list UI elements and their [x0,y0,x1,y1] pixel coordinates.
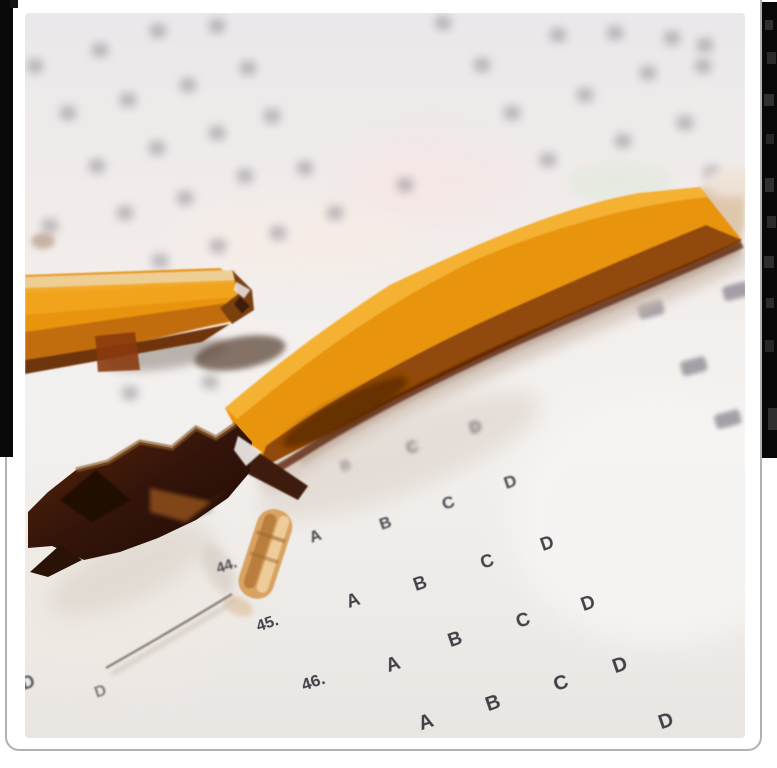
blurred-letter-blob [677,116,693,130]
bar-noise-speck [768,408,777,430]
blurred-letter-blob [122,386,138,400]
blurred-letter-blob [89,159,105,173]
right-black-bar [762,2,777,458]
blurred-letter-blob [152,254,168,268]
blurred-letter-blob [92,43,108,57]
blurred-letter-blob [210,239,226,253]
blurred-letter-blob [42,219,58,233]
blurred-letter-blob [540,153,556,167]
blurred-letter-blob [180,78,196,92]
bar-noise-speck [766,134,774,144]
blurred-letter-blob [474,58,490,72]
bar-noise-speck [765,178,774,192]
blurred-letter-blob [297,161,313,175]
blurred-letter-blob [615,134,631,148]
photo-canvas: 43.BCD44.ABCD45.ABCD46.ABCDABCDDDD [25,13,745,738]
blurred-letter-blob [697,38,713,52]
bar-noise-speck [764,256,774,268]
blurred-letter-blob [504,106,520,120]
blurred-letter-blob [117,206,133,220]
blurred-letter-blob [209,126,225,140]
blurred-letter-blob [209,19,225,33]
photo-frame: 43.BCD44.ABCD45.ABCD46.ABCDABCDDDD [5,0,762,751]
bar-noise-speck [765,340,774,352]
blurred-letter-blob [695,59,711,73]
bar-noise-speck [766,298,774,308]
bar-noise-speck [765,20,773,30]
blurred-letter-blob [550,28,566,42]
blurred-letter-blob [640,66,656,80]
blurred-letter-blob [327,206,343,220]
blurred-letter-blob [607,26,623,40]
blurred-letter-blob [264,109,280,123]
blurred-letter-blob [149,141,165,155]
bar-noise-speck [767,52,776,64]
blurred-letter-blob [202,375,218,389]
blurred-letter-blob [397,178,413,192]
blurred-letter-blob [240,61,256,75]
bar-noise-speck [767,216,776,228]
blurred-letter-blob [27,59,43,73]
blurred-letter-blob [120,93,136,107]
blurred-letter-blob [150,24,166,38]
broken-pencil-photo: 43.BCD44.ABCD45.ABCD46.ABCDABCDDDD [25,13,745,738]
blurred-letter-blob [177,191,193,205]
bar-noise-speck [764,94,774,106]
blurred-letter-blob [664,31,680,45]
left-black-bar [0,0,13,457]
blurred-letter-blob [270,226,286,240]
blurred-letter-blob [435,16,451,30]
blurred-letter-blob [237,169,253,183]
wood-chip-blob [31,233,55,249]
blurred-letter-blob [60,106,76,120]
top-left-speck [10,0,18,8]
blurred-letter-blob [577,88,593,102]
